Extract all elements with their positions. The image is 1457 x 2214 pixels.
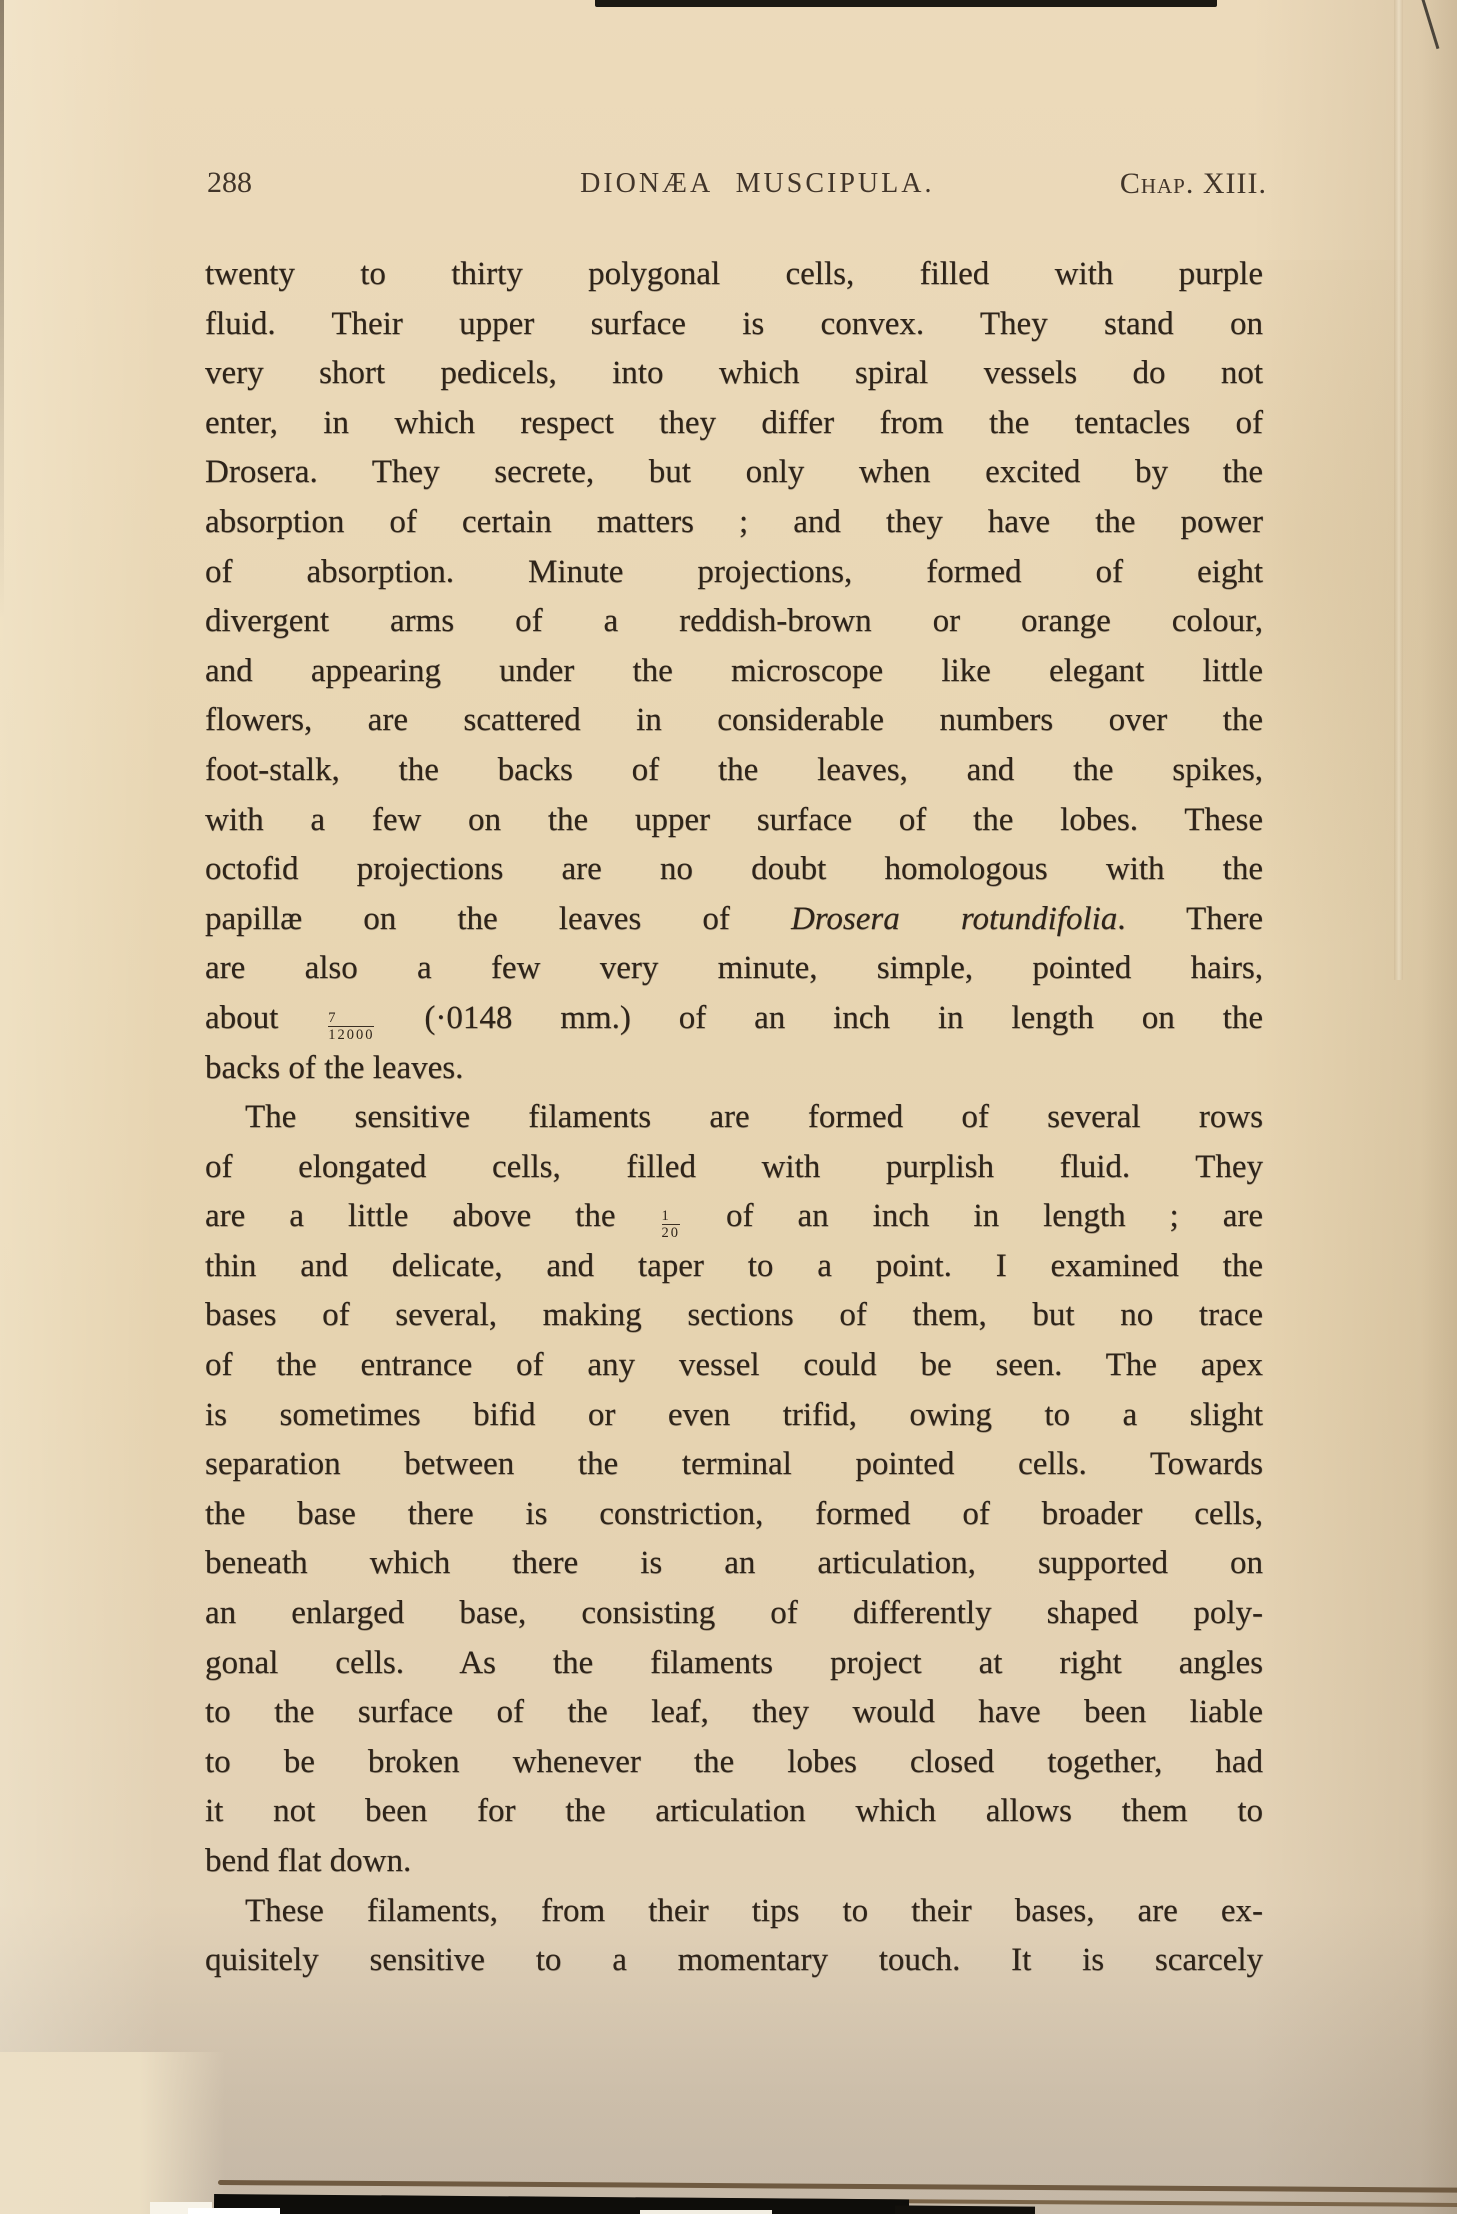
paragraph: These filaments, from their tips to thei… [205,1887,1263,1986]
text-line: of absorption. Minute projections, forme… [205,548,1263,598]
text-segment: with a few on the upper surface of the l… [205,802,1263,838]
text-segment: absorption of certain matters ; and they… [205,504,1263,540]
text-line: enter, in which respect they differ from… [205,399,1263,449]
scan-bottom-page-edge-line-1 [218,2180,1457,2193]
text-segment: . There [1117,901,1263,937]
text-line: gonal cells. As the filaments project at… [205,1639,1263,1689]
text-segment: foot-stalk, the backs of the leaves, and… [205,752,1263,788]
text-line: are also a few very minute, simple, poin… [205,944,1263,994]
text-segment: divergent arms of a reddish-brown or ora… [205,603,1263,639]
text-segment: twenty to thirty polygonal cells, filled… [205,256,1263,292]
text-segment: the base there is constriction, formed o… [205,1496,1263,1532]
scan-bottom-white-sliver [640,2210,772,2214]
text-line: separation between the terminal pointed … [205,1440,1263,1490]
running-title: DIONÆA MUSCIPULA. [580,168,934,200]
text-segment: bases of several, making sections of the… [205,1297,1263,1333]
text-line: bend flat down. [205,1837,1263,1887]
text-line: of the entrance of any vessel could be s… [205,1341,1263,1391]
text-segment: These filaments, from their tips to thei… [245,1893,1263,1929]
paragraph: The sensitive filaments are formed of se… [205,1093,1263,1887]
text-segment: of an inch in length ; are [682,1198,1263,1234]
inline-fraction: 120 [662,1209,681,1241]
text-segment: of absorption. Minute projections, forme… [205,554,1263,590]
text-line: very short pedicels, into which spiral v… [205,349,1263,399]
text-segment: backs of the leaves. [205,1050,463,1086]
text-segment: about [205,1000,326,1036]
text-line: octofid projections are no doubt homolog… [205,845,1263,895]
text-line: thin and delicate, and taper to a point.… [205,1242,1263,1292]
text-line: to be broken whenever the lobes closed t… [205,1738,1263,1788]
text-line: with a few on the upper surface of the l… [205,796,1263,846]
scan-top-black-strip [595,0,1217,7]
scan-bottom-left-page-edge [0,2052,225,2214]
text-segment: fluid. Their upper surface is convex. Th… [205,306,1263,342]
text-segment: of elongated cells, filled with purplish… [205,1149,1263,1185]
text-line: and appearing under the microscope like … [205,647,1263,697]
text-segment: The sensitive filaments are formed of se… [245,1099,1263,1135]
chapter-label: Chap. XIII. [1120,167,1267,201]
text-line: quisitely sensitive to a momentary touch… [205,1936,1263,1986]
text-block: twenty to thirty polygonal cells, filled… [205,250,1263,1986]
text-segment: thin and delicate, and taper to a point.… [205,1248,1263,1284]
scan-left-edge-line [0,0,4,620]
text-line: is sometimes bifid or even trifid, owing… [205,1391,1263,1441]
text-line: divergent arms of a reddish-brown or ora… [205,597,1263,647]
text-segment: very short pedicels, into which spiral v… [205,355,1263,391]
text-line: are a little above the 120 of an inch in… [205,1192,1263,1242]
text-line: bases of several, making sections of the… [205,1291,1263,1341]
text-line: an enlarged base, consisting of differen… [205,1589,1263,1639]
text-segment: it not been for the articulation which a… [205,1793,1263,1829]
page-number: 288 [207,166,252,200]
text-segment: an enlarged base, consisting of differen… [205,1595,1263,1631]
text-line: The sensitive filaments are formed of se… [205,1093,1263,1143]
text-segment: enter, in which respect they differ from… [205,405,1263,441]
text-segment: gonal cells. As the filaments project at… [205,1645,1263,1681]
species-name: Drosera rotundifolia [791,901,1117,937]
text-segment: are a little above the [205,1198,660,1234]
text-line: the base there is constriction, formed o… [205,1490,1263,1540]
text-segment: Drosera. They secrete, but only when exc… [205,454,1263,490]
text-line: twenty to thirty polygonal cells, filled… [205,250,1263,300]
text-line: to the surface of the leaf, they would h… [205,1688,1263,1738]
text-line: Drosera. They secrete, but only when exc… [205,448,1263,498]
text-segment: flowers, are scattered in considerable n… [205,702,1263,738]
inline-fraction: 712000 [328,1011,374,1043]
text-segment: to the surface of the leaf, they would h… [205,1694,1263,1730]
text-segment: are also a few very minute, simple, poin… [205,950,1263,986]
scan-bottom-white-sliver [188,2208,280,2214]
text-line: absorption of certain matters ; and they… [205,498,1263,548]
text-line: about 712000 (·0148 mm.) of an inch in l… [205,994,1263,1044]
text-segment: to be broken whenever the lobes closed t… [205,1744,1263,1780]
paragraph: twenty to thirty polygonal cells, filled… [205,250,1263,1093]
text-segment: is sometimes bifid or even trifid, owing… [205,1397,1263,1433]
text-segment: bend flat down. [205,1843,411,1879]
text-line: beneath which there is an articulation, … [205,1539,1263,1589]
text-segment: and appearing under the microscope like … [205,653,1263,689]
scan-bottom-black-band-tail [895,2205,1035,2214]
text-segment: of the entrance of any vessel could be s… [205,1347,1263,1383]
text-line: backs of the leaves. [205,1044,1263,1094]
text-segment: octofid projections are no doubt homolog… [205,851,1263,887]
text-line: it not been for the articulation which a… [205,1787,1263,1837]
text-segment: papillæ on the leaves of [205,901,791,937]
text-segment: quisitely sensitive to a momentary touch… [205,1942,1263,1978]
text-segment: (·0148 mm.) of an inch in length on the [376,1000,1263,1036]
scanned-book-page: { "header": { "page_number": "288", "run… [0,0,1457,2214]
text-segment: beneath which there is an articulation, … [205,1545,1263,1581]
text-line: flowers, are scattered in considerable n… [205,696,1263,746]
text-line: of elongated cells, filled with purplish… [205,1143,1263,1193]
scan-bottom-black-band [214,2194,909,2214]
text-line: These filaments, from their tips to thei… [205,1887,1263,1937]
text-line: papillæ on the leaves of Drosera rotundi… [205,895,1263,945]
running-head: 288 DIONÆA MUSCIPULA. Chap. XIII. [205,166,1267,210]
text-segment: separation between the terminal pointed … [205,1446,1263,1482]
text-line: foot-stalk, the backs of the leaves, and… [205,746,1263,796]
text-line: fluid. Their upper surface is convex. Th… [205,300,1263,350]
